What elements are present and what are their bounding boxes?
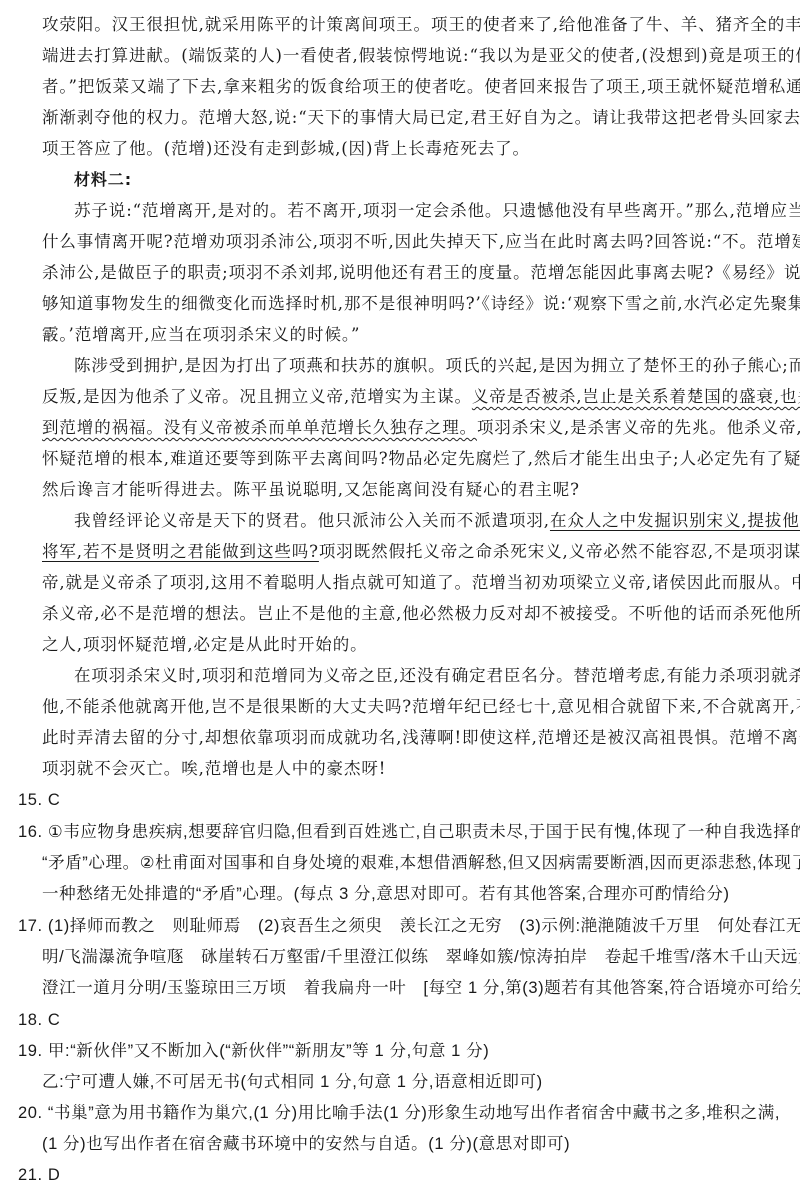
wavy-underlined-text: 义帝是否被杀,岂止是关系着楚国的盛衰,也关系 [472,387,800,406]
text-line: 一种愁绪无处排遣的“矛盾”心理。(每点 3 分,意思对即可。若有其他答案,合理亦… [42,884,730,904]
text-line: 杀义帝,必不是范增的想法。岂止不是他的主意,他必然极力反对却不被接受。不听他的话… [42,604,780,624]
text-line: 在项羽杀宋义时,项羽和范增同为义帝之臣,还没有确定君臣名分。替范增考虑,有能力杀… [74,666,780,686]
text-line: 项王答应了他。(范增)还没有走到彭城,(因)背上长毒疮死去了。 [42,139,530,159]
text-line: 明/飞湍瀑流争喧豗 砯崖转石万壑雷/千里澄江似练 翠峰如簇/惊涛拍岸 卷起千堆雪… [42,947,780,967]
text-line: 澄江一道月分明/玉鉴琼田三万顷 着我扁舟一叶 [每空 1 分,第(3)题若有其他… [42,978,780,998]
text-span: 项羽杀宋义,是杀害义帝的先兆。他杀义帝,就是 [477,418,800,437]
answer-15: 15. C [18,790,60,810]
text-line: 17. (1)择师而教之 则耻师焉 (2)哀吾生之须臾 羡长江之无穷 (3)示例… [18,916,780,936]
text-span: 我曾经评论义帝是天下的贤君。他只派沛公入关而不派遣项羽, [74,511,550,530]
answer-21: 21. D [18,1165,60,1185]
underlined-text: 在众人之中发掘识别宋义,提拔他做上 [550,511,800,530]
text-line: “矛盾”心理。②杜甫面对国事和自身处境的艰难,本想借酒解愁,但又因病需要断酒,因… [42,853,780,873]
text-line: 帝,就是义帝杀了项羽,这用不着聪明人指点就可知道了。范增当初劝项梁立义帝,诸侯因… [42,573,780,593]
text-line: 16. ①韦应物身患疾病,想要辞官归隐,但看到百姓逃亡,自己职责未尽,于国于民有… [18,822,780,842]
text-line: 端进去打算进献。(端饭菜的人)一看使者,假装惊愕地说:“我以为是亚父的使者,(没… [42,46,780,66]
text-line: 到范增的祸福。没有义帝被杀而单单范增长久独存之理。项羽杀宋义,是杀害义帝的先兆。… [42,418,780,438]
text-line: 够知道事物发生的细微变化而选择时机,那不是很神明吗?’《诗经》说:‘观察下雪之前… [42,294,780,314]
text-line: 陈涉受到拥护,是因为打出了项燕和扶苏的旗帜。项氏的兴起,是因为拥立了楚怀王的孙子… [74,356,780,376]
text-line: 杀沛公,是做臣子的职责;项羽不杀刘邦,说明他还有君王的度量。范增怎能因此事离去呢… [42,263,780,283]
text-line: 怀疑范增的根本,难道还要等到陈平去离间吗?物品必定先腐烂了,然后才能生出虫子;人… [42,449,780,469]
text-line: 者。”把饭菜又端了下去,拿来粗劣的饭食给项王的使者吃。使者回来报告了项王,项王就… [42,77,780,97]
text-line: 20. “书巢”意为用书籍作为巢穴,(1 分)用比喻手法(1 分)形象生动地写出… [18,1103,780,1123]
text-line: 渐渐剥夺他的权力。范增大怒,说:“天下的事情大局已定,君王好自为之。请让我带这把… [42,108,780,128]
text-line: 将军,若不是贤明之君能做到这些吗?项羽既然假托义帝之命杀死宋义,义帝必然不能容忍… [42,542,780,562]
text-line: 我曾经评论义帝是天下的贤君。他只派沛公入关而不派遣项羽,在众人之中发掘识别宋义,… [74,511,780,531]
text-line: 乙:宁可遭人嫌,不可居无书(句式相同 1 分,句意 1 分,语意相近即可) [42,1072,543,1092]
text-line: 攻荥阳。汉王很担忧,就采用陈平的计策离间项王。项王的使者来了,给他准备了牛、羊、… [42,15,780,35]
text-line: 19. 甲:“新伙伴”又不断加入(“新伙伴”“新朋友”等 1 分,句意 1 分) [18,1041,489,1061]
answer-18: 18. C [18,1010,60,1030]
text-span: 项羽既然假托义帝之命杀死宋义,义帝必然不能容忍,不是项羽谋杀义 [319,542,800,561]
text-line: 之人,项羽怀疑范增,必定是从此时开始的。 [42,635,368,655]
section-heading: 材料二: [74,170,132,190]
text-span: 反叛,是因为他杀了义帝。况且拥立义帝,范增实为主谋。 [42,387,472,406]
underlined-text: 将军,若不是贤明之君能做到这些吗? [42,542,319,561]
text-line: 他,不能杀他就离开他,岂不是很果断的大丈夫吗?范增年纪已经七十,意见相合就留下来… [42,697,780,717]
text-line: (1 分)也写出作者在宿舍藏书环境中的安然与自适。(1 分)(意思对即可) [42,1134,570,1154]
text-line: 霰。’范增离开,应当在项羽杀宋义的时候。” [42,325,360,345]
text-line: 然后谗言才能听得进去。陈平虽说聪明,又怎能离间没有疑心的君主呢? [42,480,580,500]
document-page: 攻荥阳。汉王很担忧,就采用陈平的计策离间项王。项王的使者来了,给他准备了牛、羊、… [0,0,800,1185]
text-line: 什么事情离开呢?范增劝项羽杀沛公,项羽不听,因此失掉天下,应当在此时离去吗?回答… [42,232,780,252]
text-line: 反叛,是因为他杀了义帝。况且拥立义帝,范增实为主谋。义帝是否被杀,岂止是关系着楚… [42,387,780,407]
text-line: 项羽就不会灭亡。唉,范增也是人中的豪杰呀! [42,759,386,779]
text-line: 苏子说:“范增离开,是对的。若不离开,项羽一定会杀他。只遗憾他没有早些离开。”那… [74,201,780,221]
text-line: 此时弄清去留的分寸,却想依靠项羽而成就功名,浅薄啊!即使这样,范增还是被汉高祖畏… [42,728,780,748]
wavy-underlined-text: 到范增的祸福。没有义帝被杀而单单范增长久独存之理。 [42,418,477,437]
